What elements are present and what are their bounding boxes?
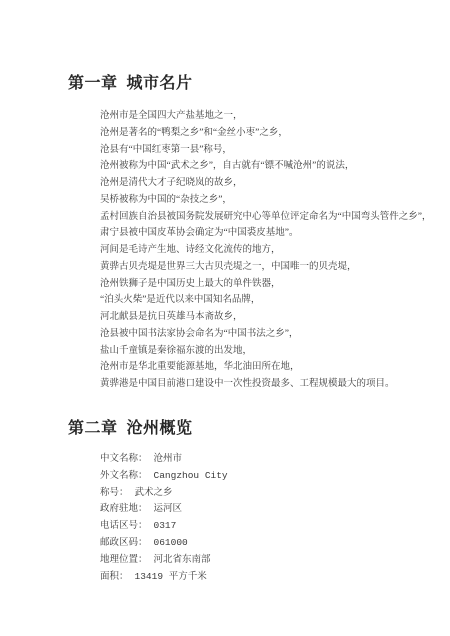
fact-line: 河间是毛诗产生地、诗经文化流传的地方， bbox=[100, 242, 450, 259]
fact-line: 吴桥被称为中国的“杂技之乡”， bbox=[100, 192, 450, 209]
fact-label: 邮政区码： bbox=[100, 538, 148, 548]
fact-line: 沧县有“中国红枣第一县”称号， bbox=[100, 142, 450, 159]
fact-row: 邮政区码：061000 bbox=[100, 535, 450, 552]
fact-line: 沧州是著名的“鸭梨之乡”和“金丝小枣”之乡， bbox=[100, 125, 450, 142]
fact-label: 地理位置： bbox=[100, 555, 148, 565]
fact-value: 武术之乡 bbox=[135, 487, 173, 498]
fact-value: 沧州市 bbox=[154, 453, 183, 464]
fact-label: 电话区号： bbox=[100, 521, 148, 531]
fact-line: 沧州市是华北重要能源基地，华北油田所在地， bbox=[100, 359, 450, 376]
fact-label: 外文名称： bbox=[100, 471, 148, 481]
fact-line: 沧州市是全国四大产盐基地之一， bbox=[100, 108, 450, 125]
fact-value: 061000 bbox=[154, 537, 188, 548]
fact-line: 盐山千童镇是秦徐福东渡的出发地， bbox=[100, 343, 450, 360]
fact-label: 称号： bbox=[100, 488, 129, 498]
fact-value: 河北省东南部 bbox=[154, 554, 211, 565]
fact-row: 电话区号：0317 bbox=[100, 518, 450, 535]
fact-row: 面积：13419 平方千米 bbox=[100, 569, 450, 586]
fact-row: 地理位置：河北省东南部 bbox=[100, 552, 450, 569]
document-page: 第一章 城市名片 沧州市是全国四大产盐基地之一， 沧州是著名的“鸭梨之乡”和“金… bbox=[0, 0, 450, 636]
chapter2-title: 第二章 沧州概览 bbox=[68, 419, 450, 439]
fact-label: 政府驻地： bbox=[100, 504, 148, 514]
fact-line: 黄骅古贝壳堤是世界三大古贝壳堤之一，中国唯一的贝壳堤， bbox=[100, 259, 450, 276]
fact-line: 肃宁县被中国皮革协会确定为“中国裘皮基地”。 bbox=[100, 225, 450, 242]
fact-line: 沧县被中国书法家协会命名为“中国书法之乡”， bbox=[100, 326, 450, 343]
fact-line: 沧州铁狮子是中国历史上最大的单件铁器， bbox=[100, 276, 450, 293]
fact-row: 称号：武术之乡 bbox=[100, 485, 450, 502]
fact-line: 孟村回族自治县被国务院发展研究中心等单位评定命名为“中国弯头管件之乡”， bbox=[100, 209, 450, 226]
chapter1-title: 第一章 城市名片 bbox=[68, 74, 450, 94]
chapter1-lines: 沧州市是全国四大产盐基地之一， 沧州是著名的“鸭梨之乡”和“金丝小枣”之乡， 沧… bbox=[100, 108, 450, 393]
fact-line: “泊头火柴”是近代以来中国知名品牌， bbox=[100, 292, 450, 309]
fact-row: 中文名称：沧州市 bbox=[100, 451, 450, 468]
fact-line: 河北献县是抗日英雄马本斋故乡， bbox=[100, 309, 450, 326]
fact-value: Cangzhou City bbox=[154, 470, 228, 481]
fact-value: 13419 平方千米 bbox=[135, 571, 207, 582]
fact-value: 0317 bbox=[154, 520, 177, 531]
fact-row: 外文名称：Cangzhou City bbox=[100, 468, 450, 485]
fact-line: 沧州是清代大才子纪晓岚的故乡， bbox=[100, 175, 450, 192]
fact-line: 黄骅港是中国目前港口建设中一次性投资最多、工程规模最大的项目。 bbox=[100, 376, 450, 393]
fact-line: 沧州被称为中国“武术之乡”，自古就有“镖不喊沧州”的说法， bbox=[100, 158, 450, 175]
fact-value: 运河区 bbox=[154, 503, 183, 514]
fact-label: 面积： bbox=[100, 572, 129, 582]
fact-row: 政府驻地：运河区 bbox=[100, 501, 450, 518]
chapter2-facts: 中文名称：沧州市 外文名称：Cangzhou City 称号：武术之乡 政府驻地… bbox=[100, 451, 450, 586]
fact-label: 中文名称： bbox=[100, 454, 148, 464]
